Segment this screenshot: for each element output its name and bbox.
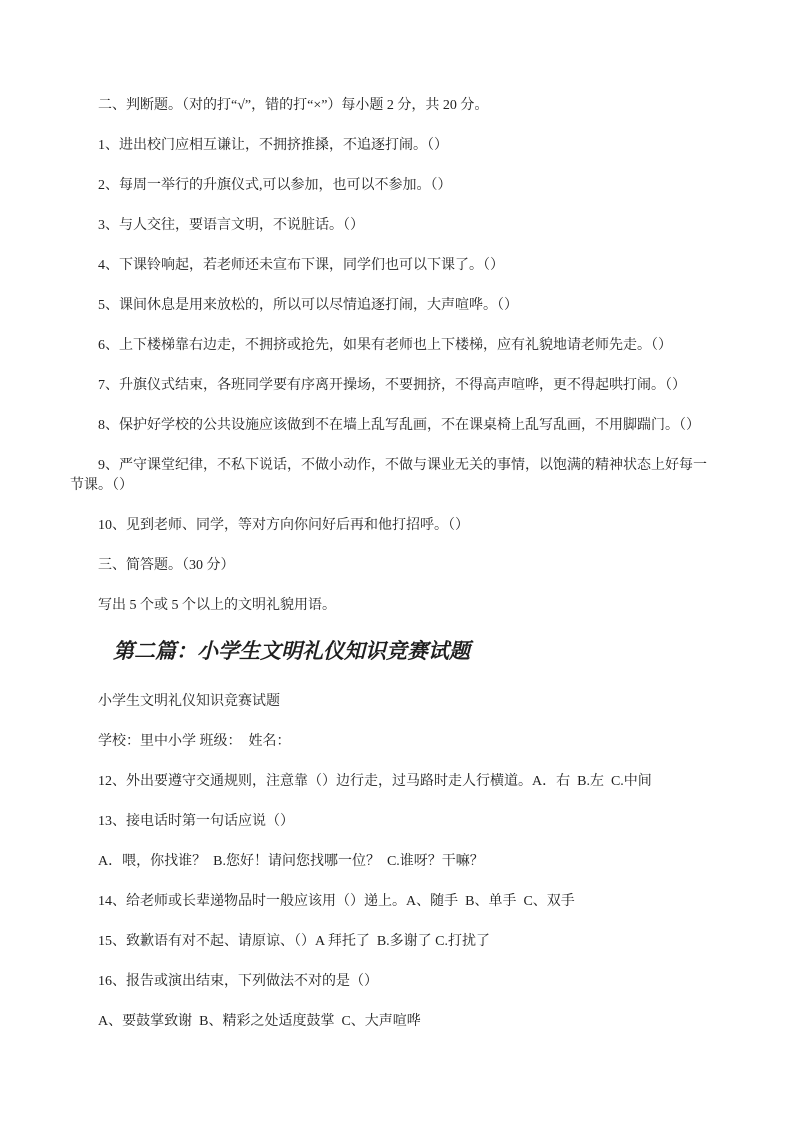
document-page: 二、判断题。（对的打“√”，错的打“×”）每小题 2 分，共 20 分。 1、进… — [0, 0, 800, 1132]
judge-item-6: 6、上下楼梯靠右边走，不拥挤或抢先，如果有老师也上下楼梯，应有礼貌地请老师先走。… — [70, 336, 720, 356]
question-14: 14、给老师或长辈递物品时一般应该用（）递上。A、随手 B、单手 C、双手 — [70, 892, 720, 912]
judge-item-1: 1、进出校门应相互谦让，不拥挤推搡，不追逐打闹。（） — [70, 136, 720, 156]
question-16-options: A、要鼓掌致谢 B、精彩之处适度鼓掌 C、大声喧哗 — [70, 1012, 720, 1032]
question-16: 16、报告或演出结束，下列做法不对的是（） — [70, 972, 720, 992]
question-13-options: A．喂，你找谁？ B.您好！请问您找哪一位？ C.谁呀？干嘛？ — [70, 852, 720, 872]
judge-item-2: 2、每周一举行的升旗仪式,可以参加，也可以不参加。（） — [70, 176, 720, 196]
judge-item-7: 7、升旗仪式结束，各班同学要有序离开操场，不要拥挤，不得高声喧哗，更不得起哄打闹… — [70, 376, 720, 396]
school-class-name-line: 学校：里中小学 班级： 姓名： — [70, 732, 720, 752]
question-12: 12、外出要遵守交通规则，注意靠（）边行走，过马路时走人行横道。A．右 B.左 … — [70, 772, 720, 792]
judge-item-10: 10、见到老师、同学，等对方向你问好后再和他打招呼。（） — [70, 516, 720, 536]
short-answer-section-title: 三、简答题。（30 分） — [70, 556, 720, 576]
question-15: 15、致歉语有对不起、请原谅、（）A 拜托了 B.多谢了 C.打扰了 — [70, 932, 720, 952]
short-answer-prompt: 写出 5 个或 5 个以上的文明礼貌用语。 — [70, 596, 720, 616]
judge-item-9: 9、严守课堂纪律，不私下说话，不做小动作，不做与课业无关的事情，以饱满的精神状态… — [70, 456, 720, 496]
judge-item-3: 3、与人交往，要语言文明，不说脏话。（） — [70, 216, 720, 236]
judge-item-4: 4、下课铃响起，若老师还未宣布下课，同学们也可以下课了。（） — [70, 256, 720, 276]
judge-section-title: 二、判断题。（对的打“√”，错的打“×”）每小题 2 分，共 20 分。 — [70, 96, 720, 116]
part2-subtitle: 小学生文明礼仪知识竞赛试题 — [70, 692, 720, 712]
judge-item-8: 8、保护好学校的公共设施应该做到不在墙上乱写乱画，不在课桌椅上乱写乱画，不用脚踹… — [70, 416, 720, 436]
question-13: 13、接电话时第一句话应说（） — [70, 812, 720, 832]
part2-heading: 第二篇：小学生文明礼仪知识竞赛试题 — [70, 636, 720, 666]
judge-item-5: 5、课间休息是用来放松的，所以可以尽情追逐打闹，大声喧哗。（） — [70, 296, 720, 316]
